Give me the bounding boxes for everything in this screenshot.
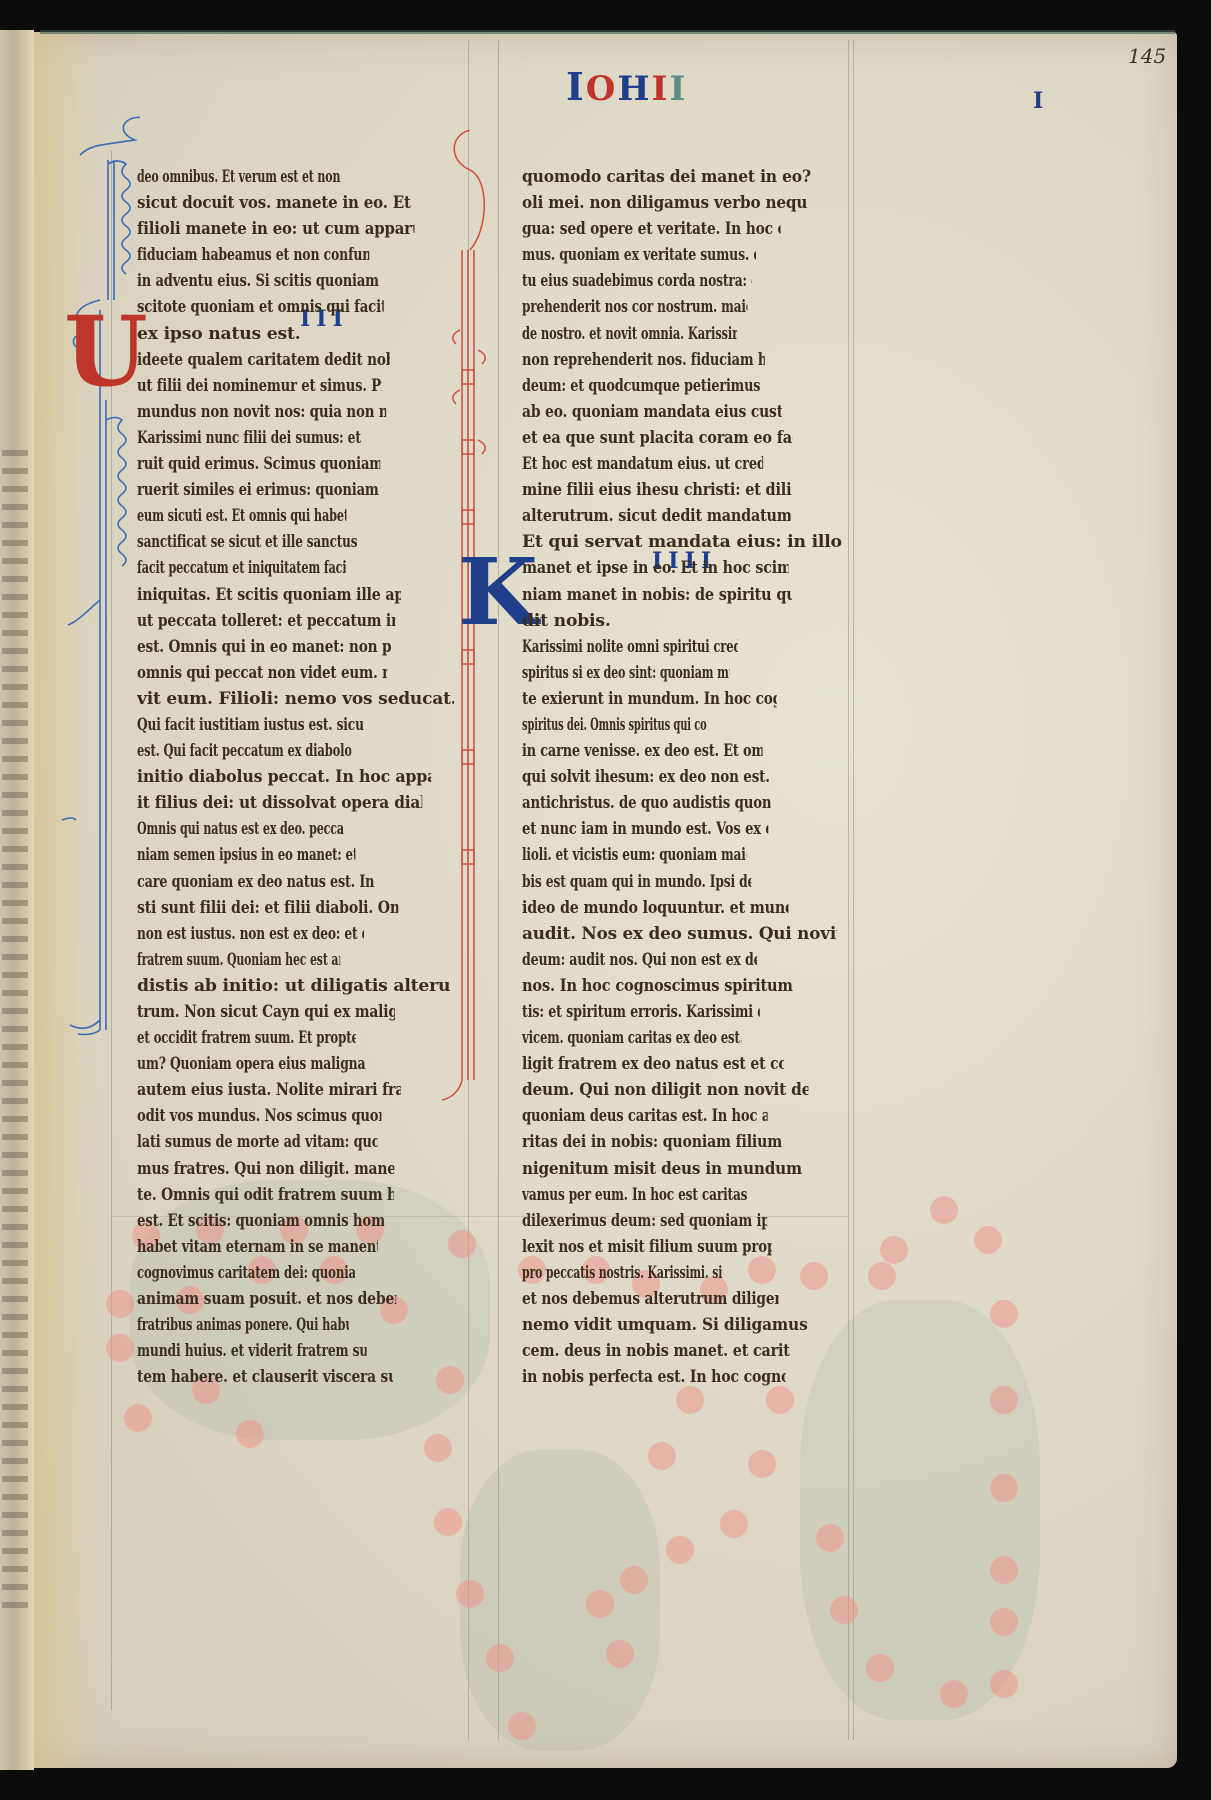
chapter-mark: I <box>1033 88 1043 114</box>
text-column-right: quomodo caritas dei manet in eo? Fili ol… <box>522 164 844 1390</box>
running-head-letter: H <box>617 69 651 109</box>
text-line: vamus per eum. In hoc est caritas non qu… <box>522 1182 749 1208</box>
text-line: nos. In hoc cognoscimus spiritum verita <box>522 973 795 999</box>
text-line: niam semen ipsius in eo manet: et non po… <box>137 842 355 868</box>
text-line: habet vitam eternam in se manentem. In h… <box>137 1234 378 1260</box>
text-line: spiritus si ex deo sint: quoniam multi p… <box>522 660 730 686</box>
text-line: manet et ipse in eo. Et in hoc scimus qu… <box>522 555 789 581</box>
text-line: lexit nos et misit filium suum propitiat… <box>522 1234 772 1260</box>
text-line: tem habere. et clauserit viscera sua ab … <box>137 1364 393 1390</box>
text-line: ut filii dei nominemur et simus. Propter… <box>137 373 382 399</box>
text-line: in nobis perfecta est. In hoc cognoscimu… <box>522 1364 786 1390</box>
text-line: ligit fratrem ex deo natus est et cognos… <box>522 1051 784 1077</box>
text-line: autem eius iusta. Nolite mirari fratres.… <box>137 1077 401 1103</box>
text-line: mus. quoniam ex veritate sumus. et in co… <box>522 242 756 268</box>
text-line: fiduciam habeamus et non confundamur ab … <box>137 242 369 268</box>
text-line: deo omnibus. Et verum est et non est men… <box>137 164 341 190</box>
text-line: Karissimi nolite omni spiritui credere: … <box>522 634 738 660</box>
text-line: spiritus dei. Omnis spiritus qui confite… <box>522 712 707 738</box>
text-line: mus fratres. Qui non diligit. manet in m… <box>137 1156 394 1182</box>
text-line: quomodo caritas dei manet in eo? Fili <box>522 164 812 190</box>
text-line: non est iustus. non est ex deo: et qui n… <box>137 921 364 947</box>
decorated-initial-right: K <box>458 544 518 640</box>
text-line: cognovimus caritatem dei: quoniam ille p… <box>137 1260 355 1286</box>
running-head: IOHII <box>566 64 687 109</box>
text-line: mundi huius. et viderit fratrem suum nec… <box>137 1338 367 1364</box>
text-line: est. Qui facit peccatum ex diabolo est: … <box>137 738 351 764</box>
text-line: non reprehenderit nos. fiduciam habemus … <box>522 347 765 373</box>
text-line: vit eum. Filioli: nemo vos seducat. <box>137 686 454 712</box>
text-line: dit nobis. <box>522 608 844 634</box>
text-line: est. Et scitis: quoniam omnis homicida. … <box>137 1208 384 1234</box>
text-line: et nos debemus alterutrum diligere. Deum <box>522 1286 779 1312</box>
offset-stain <box>460 1450 660 1750</box>
text-line: iniquitas. Et scitis quoniam ille apparu… <box>137 582 401 608</box>
text-line: Et qui servat mandata eius: in illo <box>522 529 844 555</box>
text-line: deum. Qui non diligit non novit deum: <box>522 1077 808 1103</box>
facing-page-text <box>2 450 28 1610</box>
text-line: antichristus. de quo audistis quoniam ve… <box>522 790 771 816</box>
text-line: dilexerimus deum: sed quoniam ipse prior… <box>522 1208 767 1234</box>
text-line: mine filii eius ihesu christi: et diliga… <box>522 477 792 503</box>
text-line: ritas dei in nobis: quoniam filium suum … <box>522 1129 787 1155</box>
text-line: lioli. et vicistis eum: quoniam maior es… <box>522 842 746 868</box>
running-head-letter: I <box>669 69 687 109</box>
text-line: bis est quam qui in mundo. Ipsi de mundo… <box>522 869 751 895</box>
text-line: animam suam posuit. et nos debemus pro <box>137 1286 396 1312</box>
text-line: ab eo. quoniam mandata eius custodimus: <box>522 399 782 425</box>
text-line: oli mei. non diligamus verbo neque lin <box>522 190 807 216</box>
folio-number: 145 <box>1128 44 1166 68</box>
text-column-left: deo omnibus. Et verum est et non est men… <box>137 164 457 1390</box>
decorated-initial-left: U <box>64 302 132 402</box>
text-line: niam manet in nobis: de spiritu quem de <box>522 582 792 608</box>
running-head-letter: I <box>566 64 586 109</box>
text-line: Omnis qui natus est ex deo. peccatum non… <box>137 816 343 842</box>
text-line: Qui facit iustitiam iustus est. sicut et… <box>137 712 364 738</box>
text-line: de nostro. et novit omnia. Karissimi si … <box>522 321 737 347</box>
text-line: prehenderit nos cor nostrum. maior est d… <box>522 294 747 320</box>
text-line: omnis qui peccat non videt eum. nec cogn… <box>137 660 387 686</box>
text-line: filioli manete in eo: ut cum apparuerit. <box>137 216 415 242</box>
facing-page-edge <box>0 30 34 1770</box>
text-line: cem. deus in nobis manet. et caritas eiu… <box>522 1338 790 1364</box>
text-line: ruit quid erimus. Scimus quoniam cum app… <box>137 451 380 477</box>
text-line: pro peccatis nostris. Karissimi. si sic … <box>522 1260 726 1286</box>
text-line: facit peccatum et iniquitatem facit: et … <box>137 555 346 581</box>
text-line: ut peccata tolleret: et peccatum in eo n… <box>137 608 396 634</box>
text-line: quoniam deus caritas est. In hoc apparui… <box>522 1103 768 1129</box>
text-line: sanctificat se sicut et ille sanctus est… <box>137 529 361 555</box>
text-line: tu eius suadebimus corda nostra: quoniam… <box>522 268 752 294</box>
text-line: te exierunt in mundum. In hoc cognoscitu… <box>522 686 777 712</box>
text-line: deum: et quodcumque petierimus accipiemu… <box>522 373 762 399</box>
text-line: mundus non novit nos: quia non novit eum… <box>137 399 386 425</box>
text-line: ex ipso natus est. <box>137 321 457 347</box>
text-line: um? Quoniam opera eius maligna erant. fr… <box>137 1051 367 1077</box>
text-line: eum sicuti est. Et omnis qui habet hanc … <box>137 503 346 529</box>
text-line: tis: et spiritum erroris. Karissimi dili… <box>522 999 760 1025</box>
text-line: ruerit similes ei erimus: quoniam videbi… <box>137 477 381 503</box>
text-line: deum: audit nos. Qui non est ex deo. non… <box>522 947 757 973</box>
text-line: vicem. quoniam caritas ex deo est. et om… <box>522 1025 741 1051</box>
text-line: fratrem suum. Quoniam hec est annuntiati… <box>137 947 340 973</box>
text-line: Et hoc est mandatum eius. ut credamus in… <box>522 451 763 477</box>
text-line: gua: sed opere et veritate. In hoc cogno… <box>522 216 781 242</box>
text-line: care quoniam ex deo natus est. In hoc ma… <box>137 869 375 895</box>
text-line: alterutrum. sicut dedit mandatum nobis. <box>522 503 791 529</box>
text-line: Karissimi nunc filii dei sumus: et nondu… <box>137 425 365 451</box>
text-line: scitote quoniam et omnis qui facit iusti… <box>137 294 384 320</box>
blue-penwork-flourish-left <box>60 100 140 1060</box>
text-line: in carne venisse. ex deo est. Et omnis s… <box>522 738 763 764</box>
text-line: et nunc iam in mundo est. Vos ex deo est… <box>522 816 768 842</box>
top-edge-stain <box>40 30 1175 34</box>
text-line: nemo vidit umquam. Si diligamus invi <box>522 1312 811 1338</box>
text-line: in adventu eius. Si scitis quoniam iustu… <box>137 268 380 294</box>
text-line: sti sunt filii dei: et filii diaboli. Om… <box>137 895 398 921</box>
text-line: sicut docuit vos. manete in eo. Et nunc <box>137 190 416 216</box>
text-line: audit. Nos ex deo sumus. Qui novit <box>522 921 837 947</box>
text-line: nigenitum misit deus in mundum ut vi <box>522 1156 807 1182</box>
text-line: it filius dei: ut dissolvat opera diabol… <box>137 790 422 816</box>
running-head-letter: I <box>652 69 670 109</box>
text-line: ideete qualem caritatem dedit nobis pate… <box>137 347 390 373</box>
text-line: distis ab initio: ut diligatis alteru <box>137 973 457 999</box>
text-line: fratribus animas ponere. Qui habuerit su… <box>137 1312 349 1338</box>
text-line: et ea que sunt placita coram eo facimus. <box>522 425 793 451</box>
text-line: lati sumus de morte ad vitam: quoniam di… <box>137 1129 377 1155</box>
text-line: et occidit fratrem suum. Et propter quid… <box>137 1025 356 1051</box>
text-line: ideo de mundo loquuntur. et mundus eos <box>522 895 789 921</box>
text-line: trum. Non sicut Cayn qui ex maligno erat… <box>137 999 395 1025</box>
text-line: odit vos mundus. Nos scimus quoniam tran… <box>137 1103 381 1129</box>
text-line: te. Omnis qui odit fratrem suum homicida <box>137 1182 394 1208</box>
running-head-letter: O <box>586 69 618 109</box>
text-line: est. Omnis qui in eo manet: non peccat. … <box>137 634 392 660</box>
text-line: qui solvit ihesum: ex deo non est. Et hi… <box>522 764 775 790</box>
text-line: initio diabolus peccat. In hoc apparu <box>137 764 431 790</box>
